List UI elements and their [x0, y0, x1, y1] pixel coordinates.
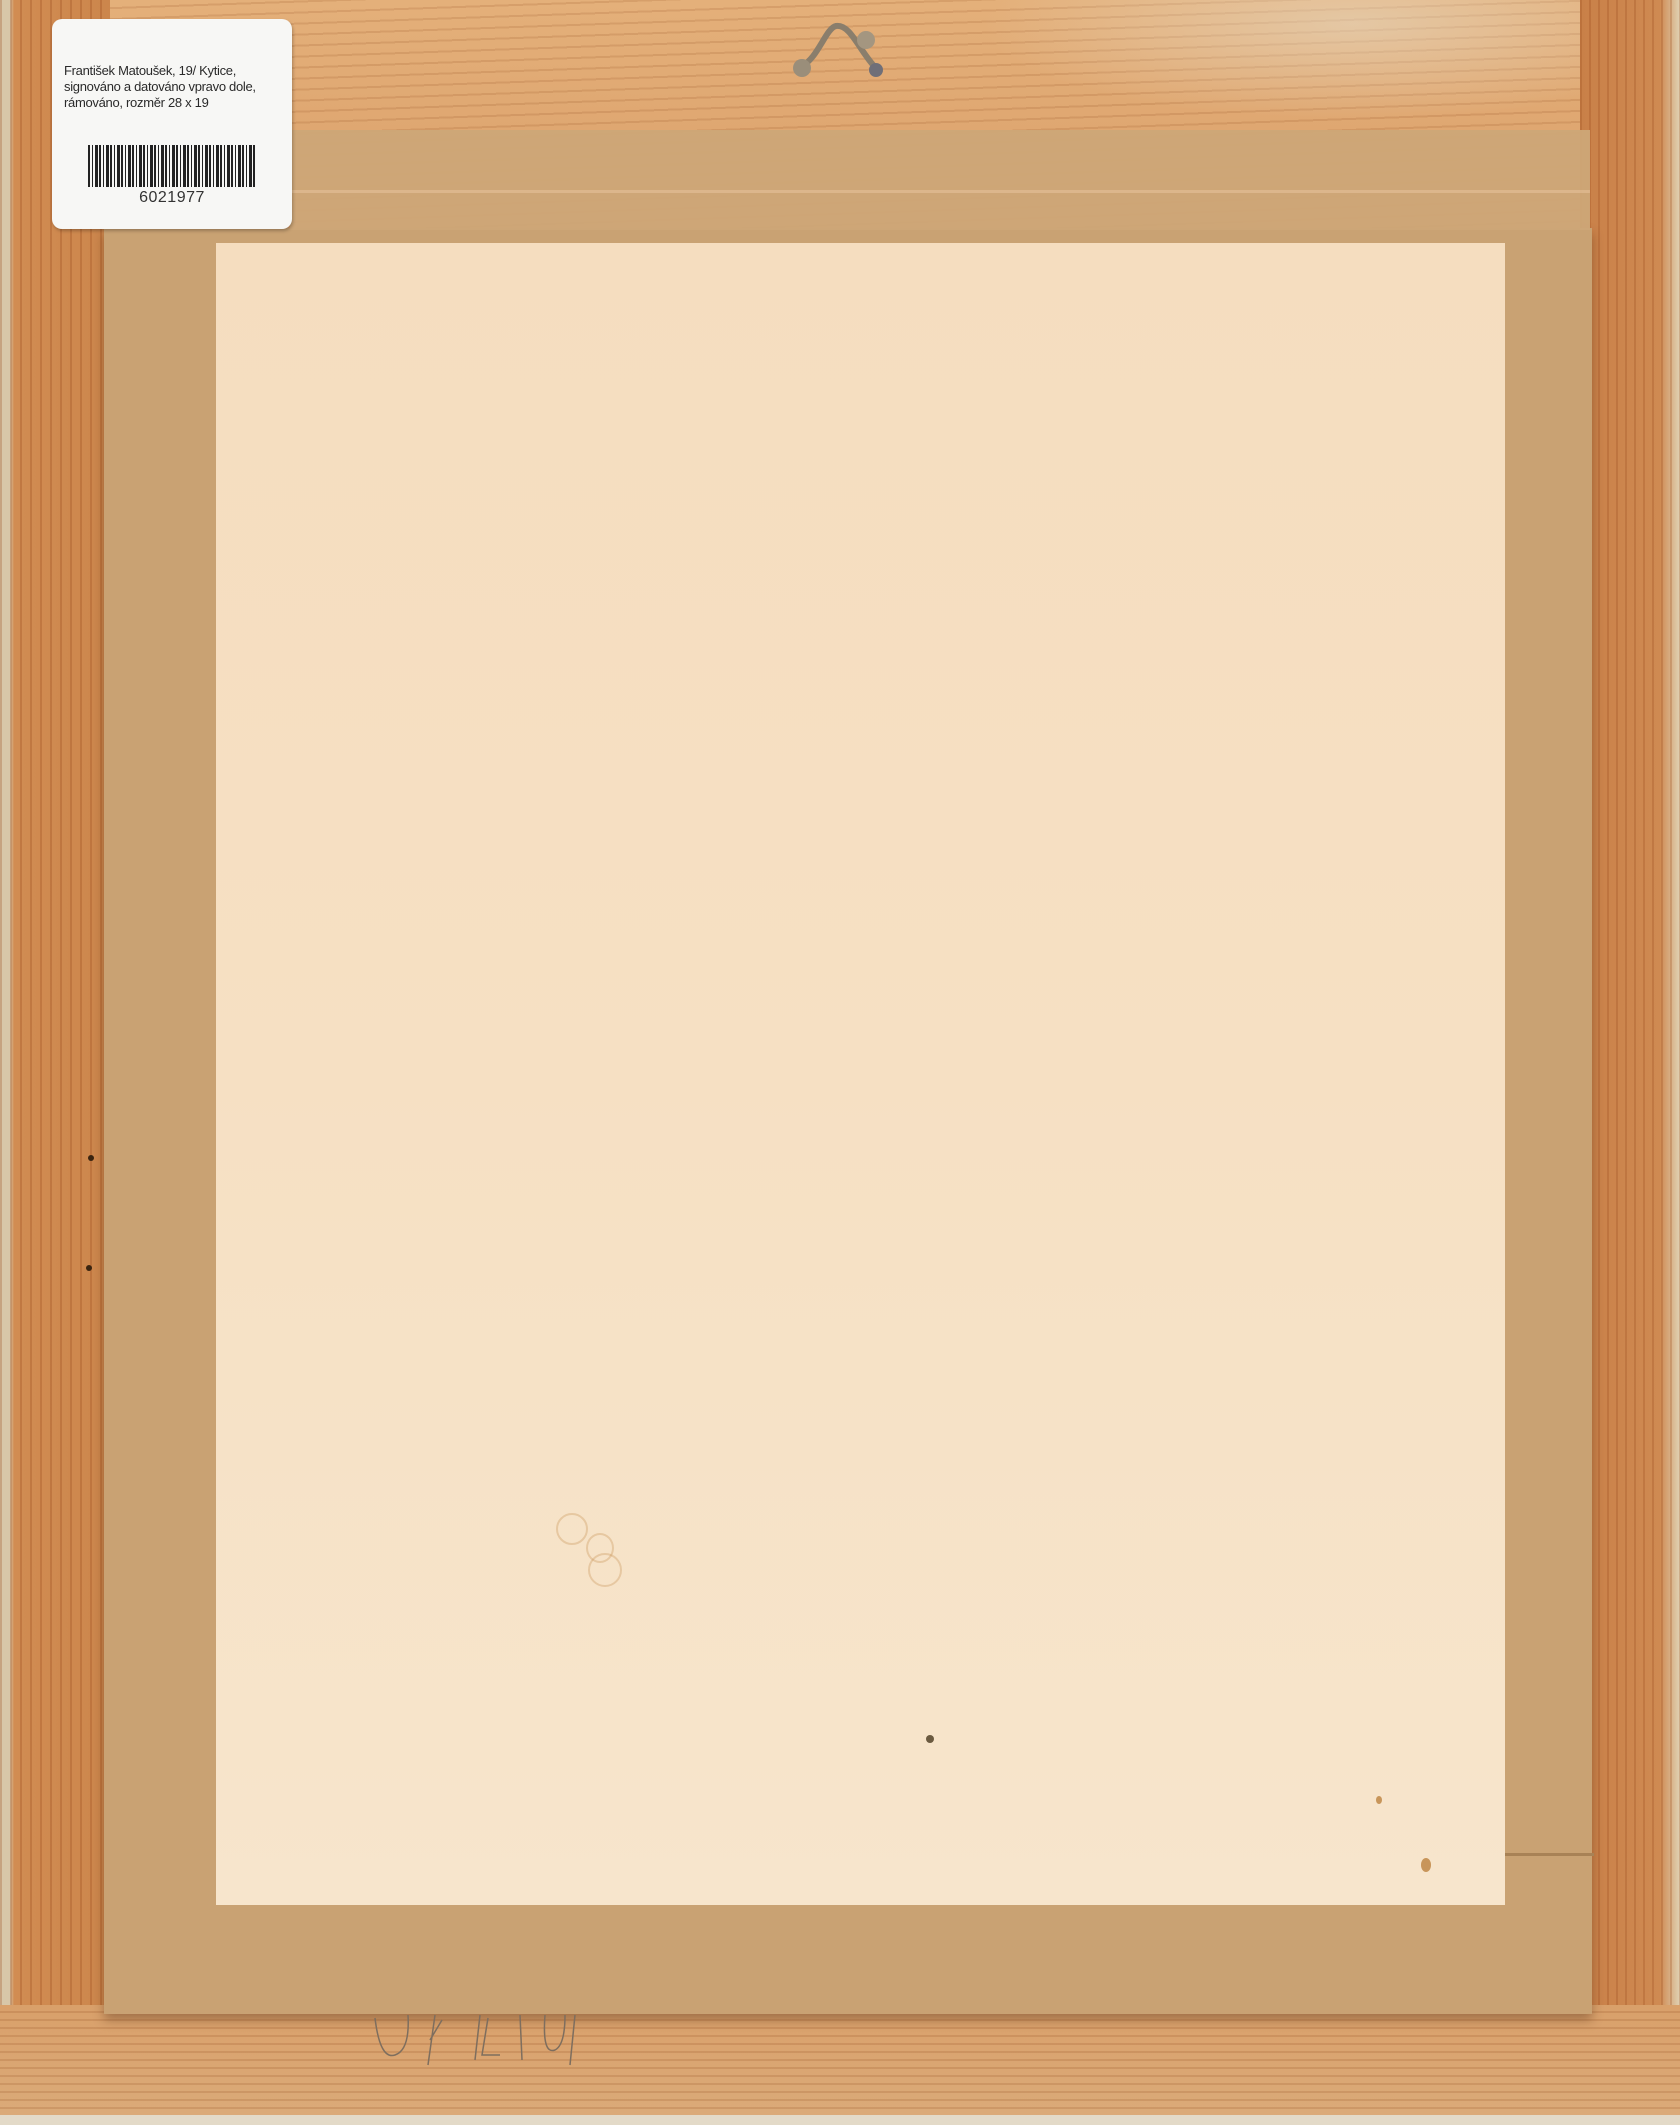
hanging-cord-icon: [788, 18, 908, 88]
pencil-inscription: [370, 2010, 750, 2070]
backing-paper: [216, 243, 1505, 1905]
paper-spot: [1421, 1858, 1431, 1872]
paper-stain: [556, 1513, 588, 1545]
paper-stain: [588, 1553, 622, 1587]
frame-right-rail: [1580, 0, 1680, 2125]
tape-crease: [290, 190, 1590, 193]
kraft-tape-top: [290, 130, 1590, 230]
catalog-label: František Matoušek, 19/ Kytice, signován…: [52, 19, 292, 229]
paper-spot: [926, 1735, 934, 1743]
frame-left-rail: [0, 0, 110, 2125]
frame-bottom-edge: [0, 2115, 1680, 2125]
label-line: rámováno, rozměr 28 x 19: [64, 95, 286, 111]
label-line: František Matoušek, 19/ Kytice,: [64, 63, 286, 79]
label-description: František Matoušek, 19/ Kytice, signován…: [64, 63, 286, 111]
paper-spot: [1376, 1796, 1382, 1804]
label-line: signováno a datováno vpravo dole,: [64, 79, 286, 95]
frame-bottom-rail: [0, 2005, 1680, 2125]
nail-hole: [88, 1155, 94, 1161]
barcode-icon: [88, 145, 256, 187]
barcode-number: 6021977: [52, 189, 292, 207]
nail-hole: [86, 1265, 92, 1271]
picture-frame-back: František Matoušek, 19/ Kytice, signován…: [0, 0, 1680, 2125]
wood-weathering: [980, 0, 1600, 120]
